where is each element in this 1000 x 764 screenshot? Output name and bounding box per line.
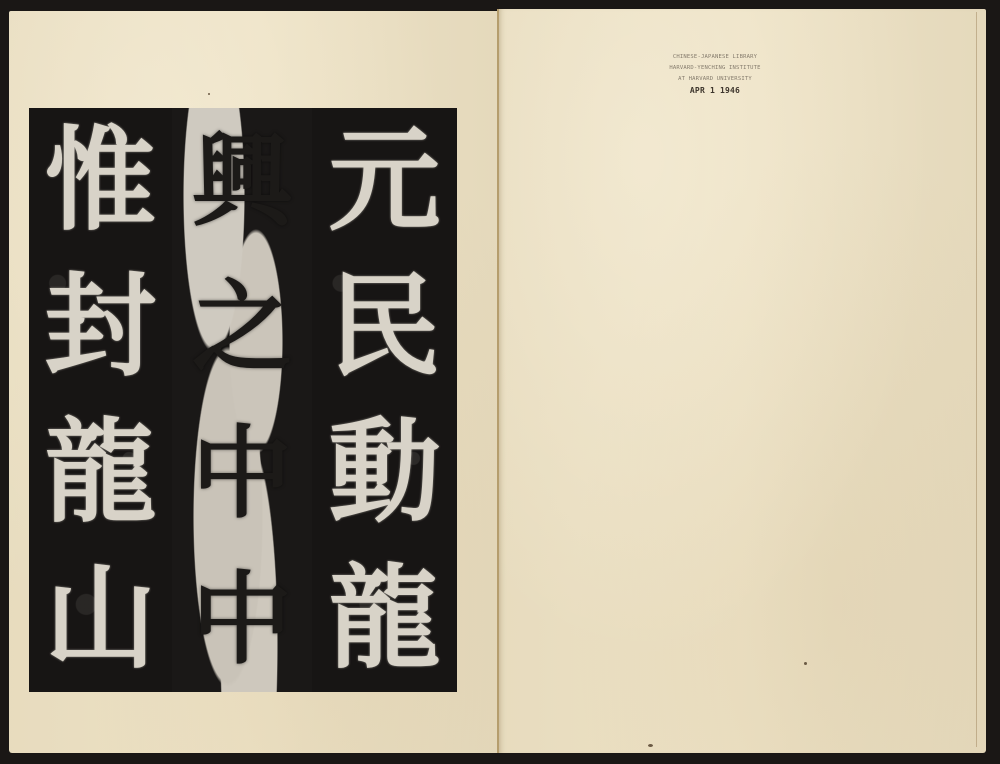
rubbing-character: 中 bbox=[192, 569, 292, 669]
page-edge-line bbox=[976, 12, 977, 747]
stamp-date: APR 1 1946 bbox=[660, 85, 770, 97]
rubbing-character: 動 bbox=[329, 417, 441, 529]
stamp-line: HARVARD-YENCHING INSTITUTE bbox=[660, 63, 770, 74]
rubbing-character: 龍 bbox=[45, 417, 157, 529]
rubbing-character: 封 bbox=[45, 271, 157, 383]
paper-speck bbox=[648, 744, 653, 747]
rubbing-character: 民 bbox=[329, 271, 441, 383]
rubbing-character: 之 bbox=[192, 277, 292, 377]
rubbing-character: 山 bbox=[45, 563, 157, 675]
right-page bbox=[498, 9, 986, 753]
rubbing-character: 元 bbox=[329, 125, 441, 237]
stamp-line: CHINESE-JAPANESE LIBRARY bbox=[660, 52, 770, 63]
book-spine bbox=[497, 9, 499, 753]
rubbing-column-middle: 興 之 中 中 bbox=[172, 108, 312, 692]
rubbing-character: 興 bbox=[192, 131, 292, 231]
paper-speck bbox=[804, 662, 807, 665]
stele-rubbing: 元 民 動 龍 興 之 中 中 惟 封 龍 山 bbox=[29, 108, 457, 692]
rubbing-character: 中 bbox=[192, 423, 292, 523]
library-stamp: CHINESE-JAPANESE LIBRARY HARVARD-YENCHIN… bbox=[660, 52, 770, 97]
paper-speck bbox=[208, 93, 210, 95]
rubbing-column-left: 惟 封 龍 山 bbox=[29, 108, 172, 692]
rubbing-character: 惟 bbox=[45, 125, 157, 237]
rubbing-character: 龍 bbox=[329, 563, 441, 675]
stamp-line: AT HARVARD UNIVERSITY bbox=[660, 74, 770, 85]
rubbing-column-right: 元 民 動 龍 bbox=[312, 108, 457, 692]
